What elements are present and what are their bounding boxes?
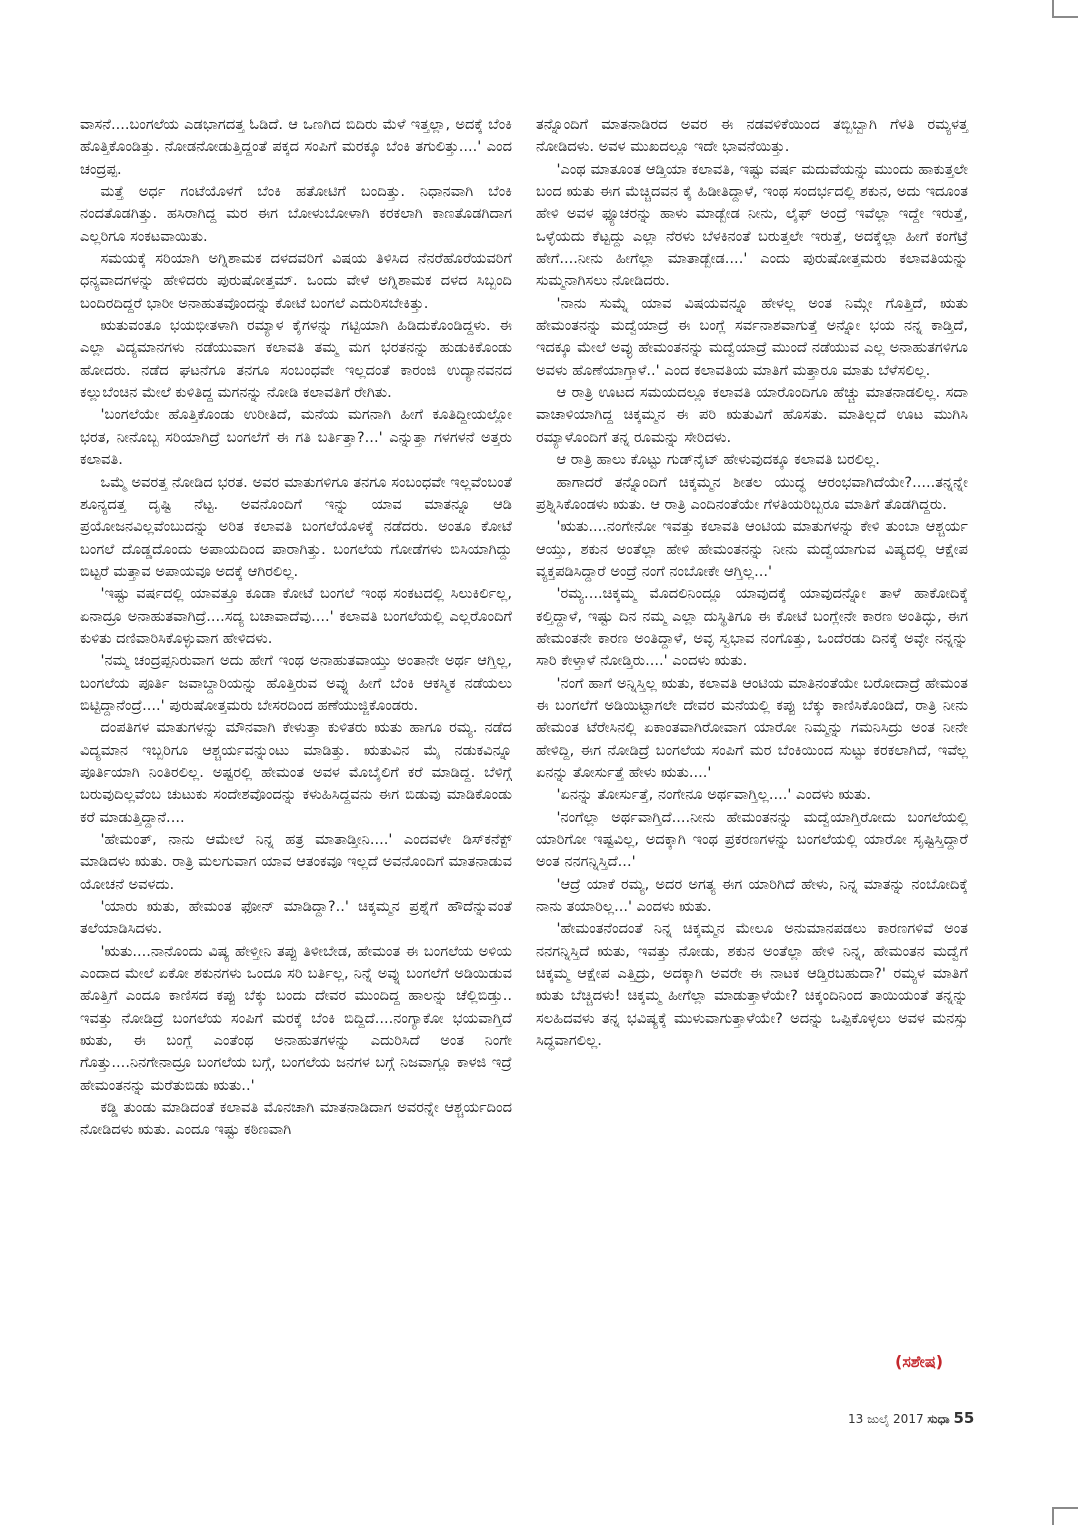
- paragraph: ದಂಪತಿಗಳ ಮಾತುಗಳನ್ನು ಮೌನವಾಗಿ ಕೇಳುತ್ತಾ ಕುಳಿ…: [80, 717, 512, 829]
- magazine-name: ಸುಧಾ: [927, 1412, 949, 1426]
- paragraph: 'ಏನನ್ನು ತೋರ್ಸುತ್ತೆ, ನಂಗೇನೂ ಅರ್ಥವಾಗ್ತಿಲ್ಲ…: [536, 784, 968, 806]
- paragraph: ವಾಸನೆ....ಬಂಗಲೆಯ ಎಡಭಾಗದತ್ತ ಓಡಿದೆ. ಆ ಒಣಗಿದ…: [80, 114, 512, 181]
- paragraph: ಋತುವಂತೂ ಭಯಭೀತಳಾಗಿ ರಮ್ಯಾಳ ಕೈಗಳನ್ನು ಗಟ್ಟಿಯ…: [80, 315, 512, 404]
- issue-date: 13 ಜುಲೈ 2017: [848, 1412, 924, 1426]
- paragraph: 'ಬಂಗಲೆಯೇ ಹೊತ್ತಿಕೊಂಡು ಉರೀತಿದೆ, ಮನೆಯ ಮಗನಾಗ…: [80, 404, 512, 471]
- crop-mark-bottom: [1052, 1507, 1078, 1525]
- page-number: 55: [953, 1409, 974, 1427]
- paragraph: ಮತ್ತೆ ಅರ್ಧ ಗಂಟೆಯೊಳಗೆ ಬೆಂಕಿ ಹತೋಟಿಗೆ ಬಂದಿತ…: [80, 181, 512, 248]
- left-column: ವಾಸನೆ....ಬಂಗಲೆಯ ಎಡಭಾಗದತ್ತ ಓಡಿದೆ. ಆ ಒಣಗಿದ…: [80, 114, 512, 1142]
- paragraph: ಸಮಯಕ್ಕೆ ಸರಿಯಾಗಿ ಅಗ್ನಿಶಾಮಕ ದಳದವರಿಗೆ ವಿಷಯ …: [80, 248, 512, 315]
- page-footer: 13 ಜುಲೈ 2017 ಸುಧಾ 55: [848, 1409, 974, 1427]
- paragraph: 'ಇಷ್ಟು ವರ್ಷದಲ್ಲಿ ಯಾವತ್ತೂ ಕೂಡಾ ಕೋಟೆ ಬಂಗಲೆ…: [80, 583, 512, 650]
- right-column: ತನ್ನೊಂದಿಗೆ ಮಾತನಾಡಿರದ ಅವರ ಈ ನಡವಳಿಕೆಯಿಂದ ತ…: [536, 114, 968, 1052]
- paragraph: ಹಾಗಾದರೆ ತನ್ನೊಂದಿಗೆ ಚಿಕ್ಕಮ್ಮನ ಶೀತಲ ಯುದ್ಧ …: [536, 472, 968, 517]
- paragraph: 'ಯಾರು ಋತು, ಹೇಮಂತ ಫೋನ್ ಮಾಡಿದ್ದಾ?..' ಚಿಕ್ಕ…: [80, 896, 512, 941]
- paragraph: 'ಆದ್ರೆ ಯಾಕೆ ರಮ್ಯ, ಅದರ ಅಗತ್ಯ ಈಗ ಯಾರಿಗಿದೆ …: [536, 874, 968, 919]
- crop-mark-top: [1052, 0, 1078, 18]
- paragraph: ಒಮ್ಮೆ ಅವರತ್ತ ನೋಡಿದ ಭರತ. ಅವರ ಮಾತುಗಳಿಗೂ ತನ…: [80, 472, 512, 584]
- paragraph: 'ಎಂಥ ಮಾತೂಂತ ಆಡ್ತಿಯಾ ಕಲಾವತಿ, ಇಷ್ಟು ವರ್ಷ ಮ…: [536, 159, 968, 293]
- paragraph: ಆ ರಾತ್ರಿ ಊಟದ ಸಮಯದಲ್ಲೂ ಕಲಾವತಿ ಯಾರೊಂದಿಗೂ ಹ…: [536, 382, 968, 449]
- paragraph: 'ಹೇಮಂತನೆಂದಂತೆ ನಿನ್ನ ಚಿಕ್ಕಮ್ಮನ ಮೇಲೂ ಅನುಮಾ…: [536, 918, 968, 1052]
- paragraph: ತನ್ನೊಂದಿಗೆ ಮಾತನಾಡಿರದ ಅವರ ಈ ನಡವಳಿಕೆಯಿಂದ ತ…: [536, 114, 968, 159]
- paragraph: ಆ ರಾತ್ರಿ ಹಾಲು ಕೊಟ್ಟು ಗುಡ್‌ನೈಟ್ ಹೇಳುವುದಕ್…: [536, 449, 968, 471]
- paragraph: 'ರಮ್ಯ....ಚಿಕ್ಕಮ್ಮ ಮೊದಲಿನಿಂದ್ಲೂ ಯಾವುದಕ್ಕೆ…: [536, 583, 968, 672]
- paragraph: 'ನಂಗೆಲ್ಲಾ ಅರ್ಥವಾಗ್ತಿದೆ....ನೀನು ಹೇಮಂತನನ್ನ…: [536, 807, 968, 874]
- paragraph: 'ಋತು....ನಾನೊಂದು ವಿಷ್ಯ ಹೇಳ್ತೀನಿ ತಪ್ಪು ತಿಳ…: [80, 941, 512, 1097]
- paragraph: 'ನಮ್ಮ ಚಂದ್ರಪ್ಪನಿರುವಾಗ ಅದು ಹೇಗೆ ಇಂಥ ಅನಾಹು…: [80, 650, 512, 717]
- paragraph: 'ಹೇಮಂತ್, ನಾನು ಆಮೇಲೆ ನಿನ್ನ ಹತ್ರ ಮಾತಾಡ್ತೀನ…: [80, 829, 512, 896]
- to-be-continued-label: (ಸಶೇಷ): [895, 1352, 943, 1372]
- paragraph: ಕಡ್ಡಿ ತುಂಡು ಮಾಡಿದಂತೆ ಕಲಾವತಿ ಮೊನಚಾಗಿ ಮಾತನ…: [80, 1097, 512, 1142]
- paragraph: 'ಋತು....ನಂಗೇನೋ ಇವತ್ತು ಕಲಾವತಿ ಆಂಟಿಯ ಮಾತುಗ…: [536, 516, 968, 583]
- paragraph: 'ನಾನು ಸುಮ್ನೆ ಯಾವ ವಿಷಯವನ್ನೂ ಹೇಳಲ್ಲ ಅಂತ ನಿ…: [536, 293, 968, 382]
- paragraph: 'ನಂಗೆ ಹಾಗೆ ಅನ್ನಿಸ್ತಿಲ್ಲ ಋತು, ಕಲಾವತಿ ಆಂಟಿ…: [536, 673, 968, 785]
